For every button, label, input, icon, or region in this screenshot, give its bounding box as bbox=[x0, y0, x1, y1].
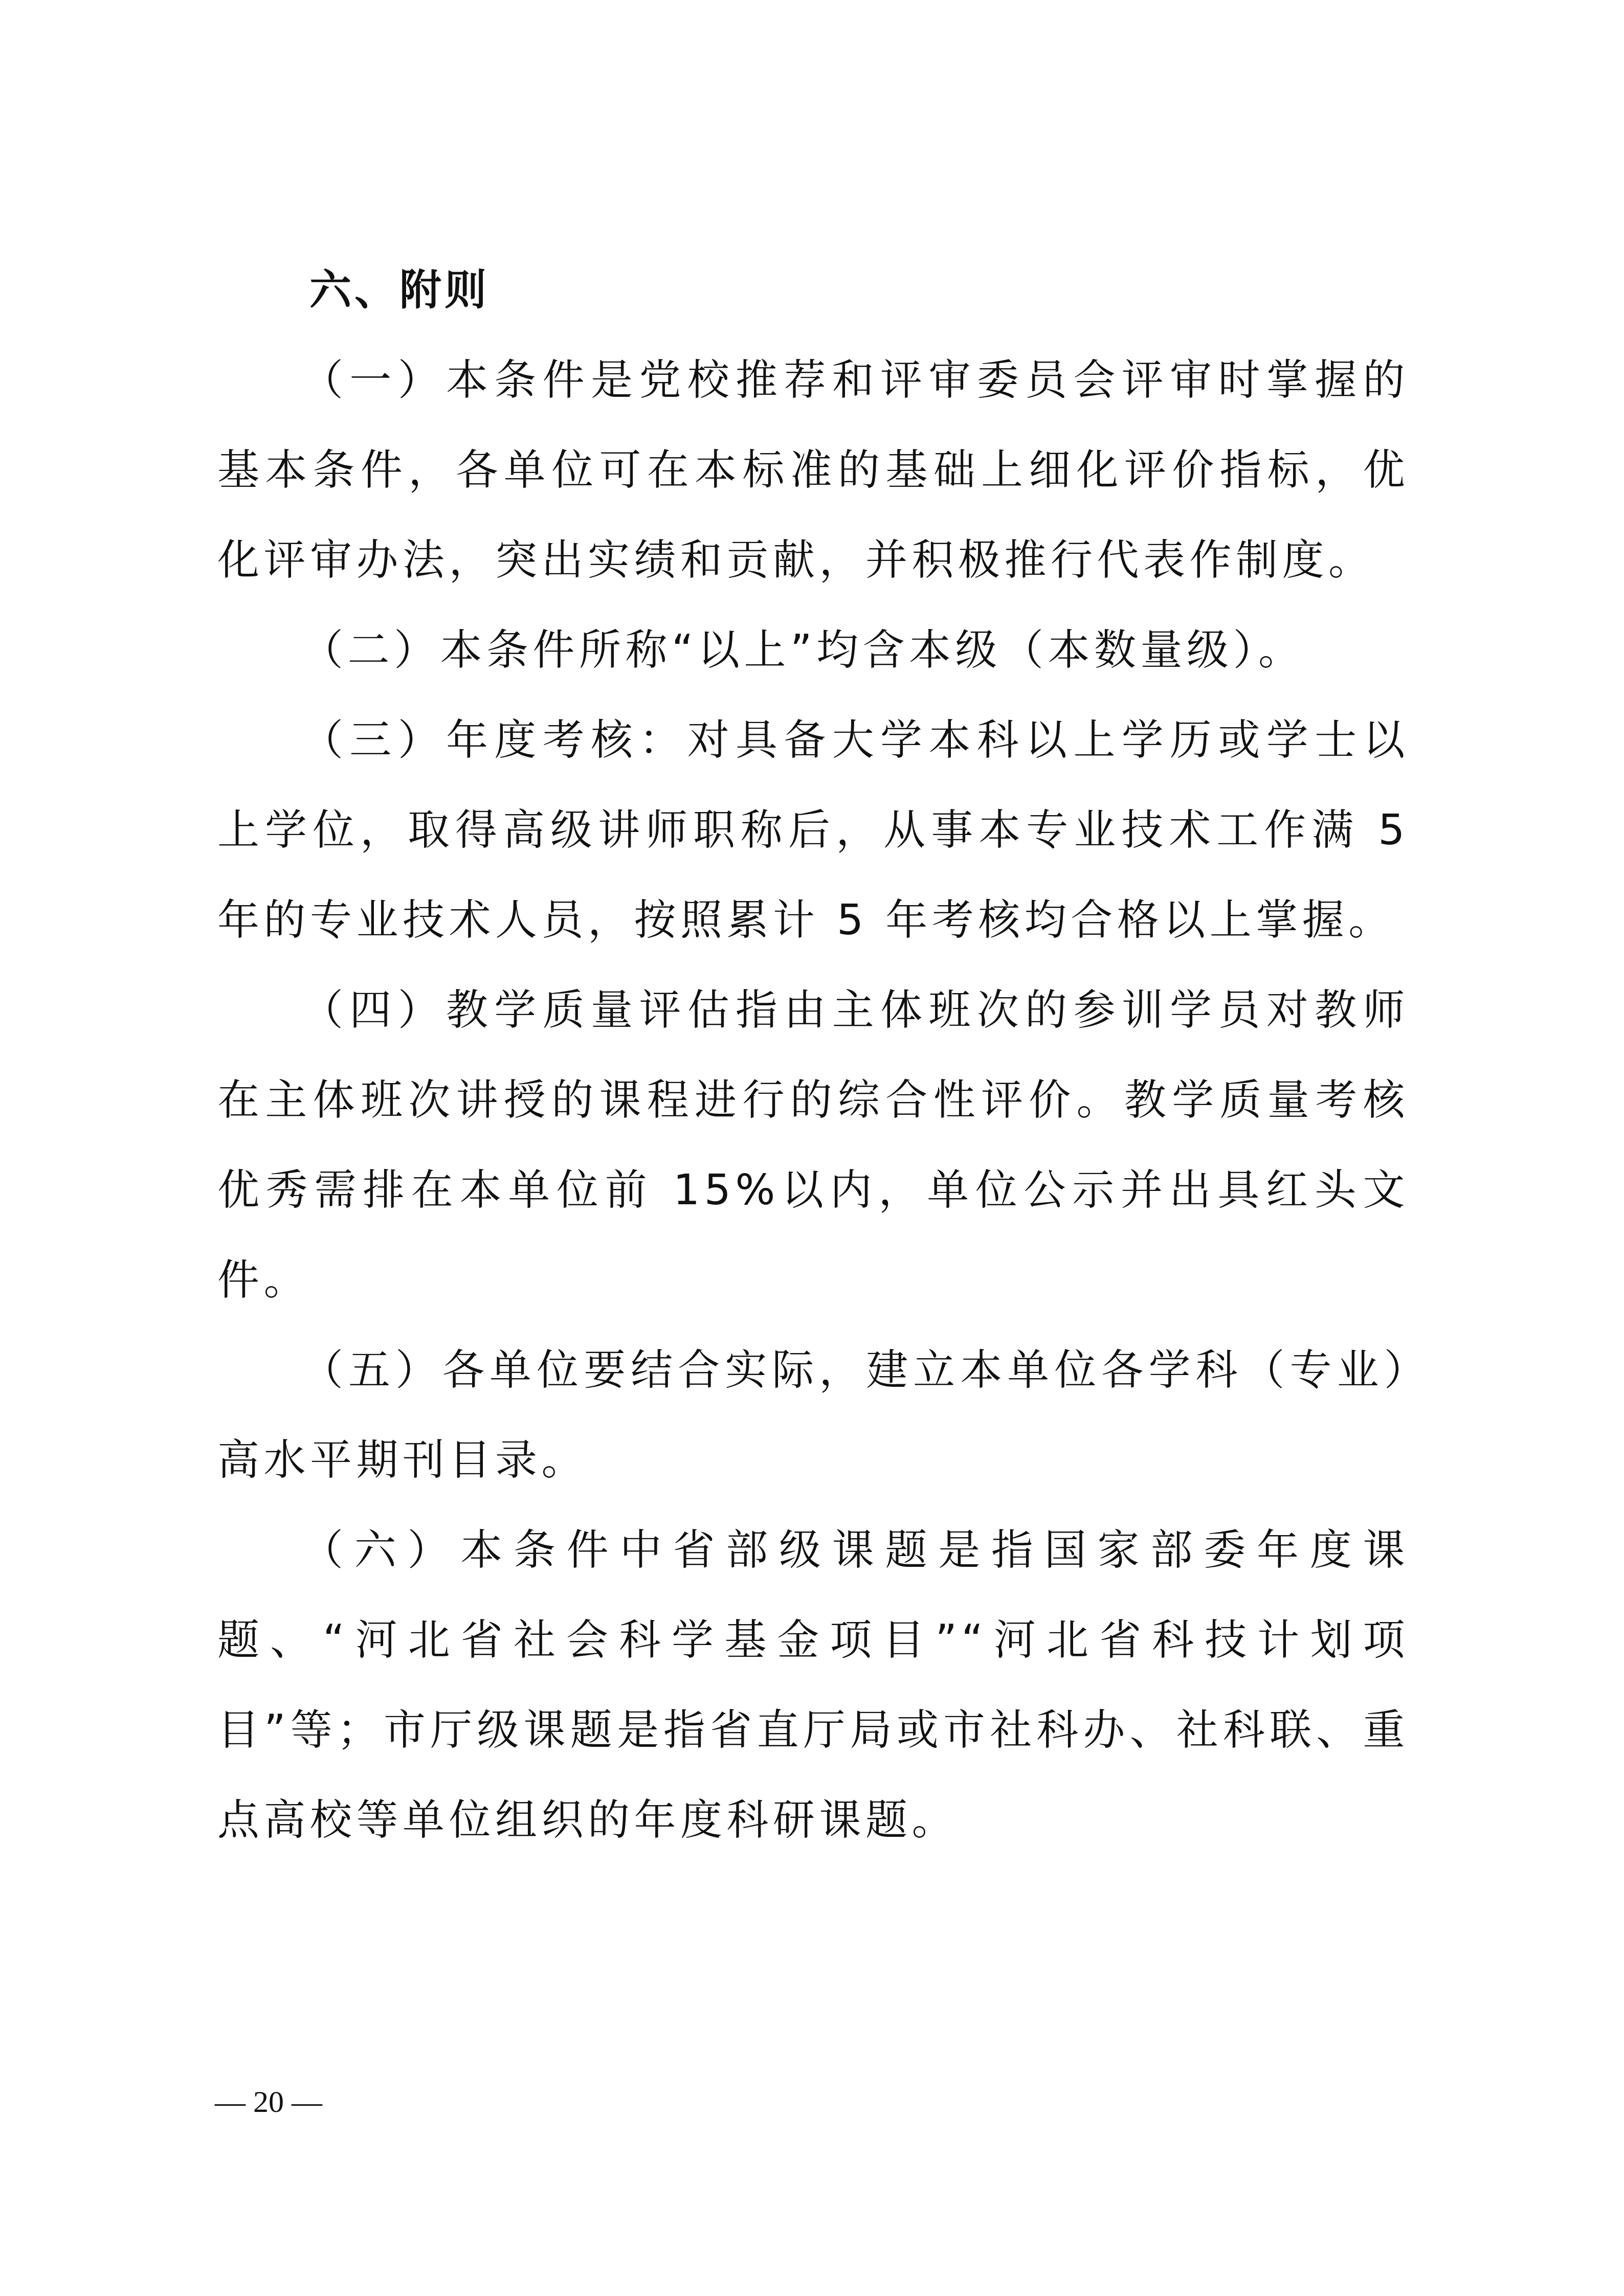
section-heading: 六、附则 bbox=[217, 245, 1409, 335]
paragraph-2: （二）本条件所称“以上”均含本级（本数量级）。 bbox=[217, 605, 1409, 695]
paragraph-6: （六）本条件中省部级课题是指国家部委年度课题、“河北省社会科学基金项目”“河北省… bbox=[217, 1505, 1409, 1865]
paragraph-4: （四）教学质量评估指由主体班次的参训学员对教师在主体班次讲授的课程进行的综合性评… bbox=[217, 965, 1409, 1325]
document-page: 六、附则 （一）本条件是党校推荐和评审委员会评审时掌握的基本条件，各单位可在本标… bbox=[0, 0, 1624, 2296]
page-number: — 20 — bbox=[215, 2081, 322, 2122]
document-body: 六、附则 （一）本条件是党校推荐和评审委员会评审时掌握的基本条件，各单位可在本标… bbox=[217, 245, 1409, 1865]
paragraph-1: （一）本条件是党校推荐和评审委员会评审时掌握的基本条件，各单位可在本标准的基础上… bbox=[217, 335, 1409, 605]
paragraph-3: （三）年度考核：对具备大学本科以上学历或学士以上学位，取得高级讲师职称后，从事本… bbox=[217, 695, 1409, 965]
paragraph-5: （五）各单位要结合实际，建立本单位各学科（专业）高水平期刊目录。 bbox=[217, 1325, 1409, 1505]
